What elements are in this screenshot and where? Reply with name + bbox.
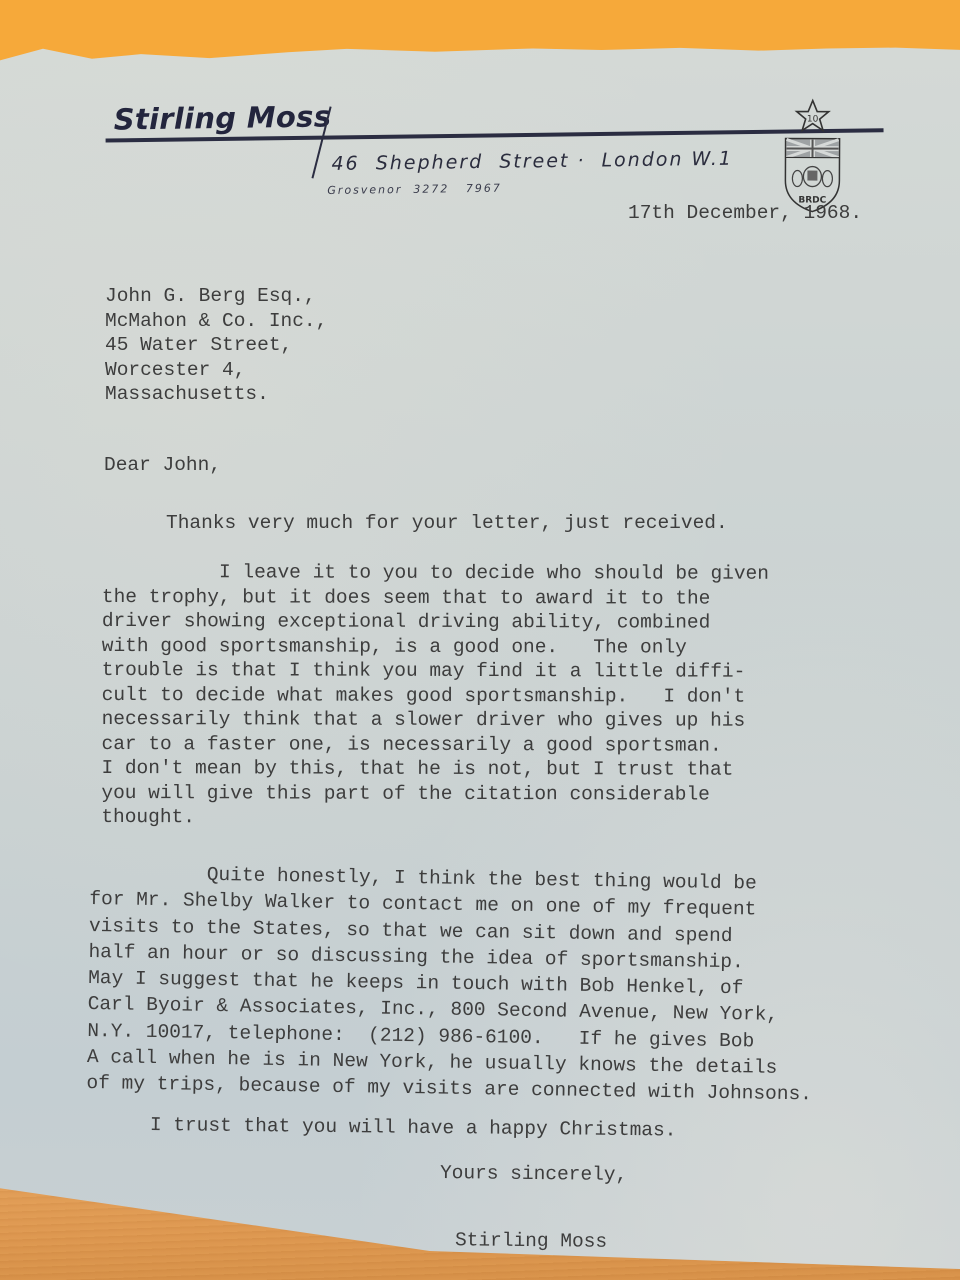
paragraph-line: the trophy, but it does seem that to awa…: [102, 584, 769, 610]
recipient-line: McMahon & Co. Inc.,: [105, 309, 327, 334]
paragraph-line: cult to decide what makes good sportsman…: [102, 682, 769, 708]
paragraph-line: driver showing exceptional driving abili…: [102, 609, 769, 635]
recipient-line: Worcester 4,: [105, 358, 327, 383]
recipient-address: John G. Berg Esq.,McMahon & Co. Inc.,45 …: [105, 284, 327, 407]
brdc-crest-icon: 10 BRDC: [781, 98, 844, 213]
paragraph-line: thought.: [101, 805, 768, 831]
paragraph-line: you will give this part of the citation …: [101, 780, 768, 806]
paragraph-line: trouble is that I think you may find it …: [102, 658, 769, 684]
paragraph-line: I don't mean by this, that he is not, bu…: [101, 756, 768, 782]
letterhead-street: 46 Shepherd Street: [331, 150, 569, 175]
recipient-line: John G. Berg Esq.,: [105, 284, 327, 309]
paragraph-line: I leave it to you to decide who should b…: [102, 560, 769, 586]
letterhead-separator: ·: [577, 150, 585, 172]
letter-date: 17th December, 1968.: [628, 201, 862, 226]
star-icon: 10: [797, 101, 829, 131]
paragraph-2: I leave it to you to decide who should b…: [101, 560, 769, 831]
signoff: Yours sincerely,: [440, 1161, 627, 1187]
paragraph-3: Quite honestly, I think the best thing w…: [86, 860, 815, 1108]
letterhead-telephone: Grosvenor 3272 7967: [327, 182, 502, 197]
signature-name: Stirling Moss: [455, 1228, 607, 1254]
recipient-line: Massachusetts.: [105, 382, 327, 407]
paragraph-line: necessarily think that a slower driver w…: [102, 707, 769, 733]
paragraph-line: car to a faster one, is necessarily a go…: [101, 731, 768, 757]
salutation: Dear John,: [104, 453, 221, 478]
svg-text:10: 10: [807, 115, 819, 125]
recipient-line: 45 Water Street,: [105, 333, 327, 358]
paragraph-line: with good sportsmanship, is a good one. …: [102, 633, 769, 659]
letterhead-name: Stirling Moss: [113, 99, 331, 136]
letterhead-city: London W.1: [601, 148, 733, 172]
paragraph-1: Thanks very much for your letter, just r…: [166, 511, 728, 536]
